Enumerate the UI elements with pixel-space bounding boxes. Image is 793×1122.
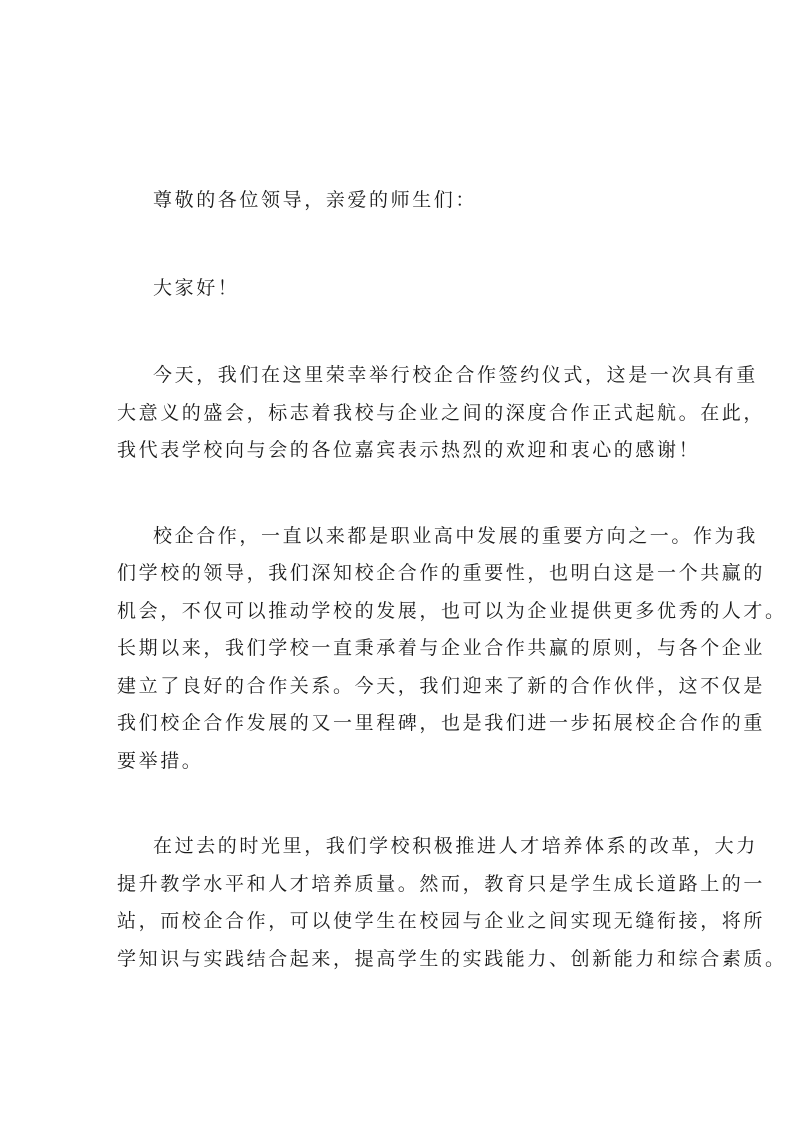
paragraph-line: 机会，不仅可以推动学校的发展，也可以为企业提供更多优秀的人才。 xyxy=(117,593,681,631)
spacer xyxy=(117,780,681,828)
spacer xyxy=(117,220,681,270)
paragraph-1: 今天，我们在这里荣幸举行校企合作签约仪式，这是一次具有重 大意义的盛会，标志着我… xyxy=(117,357,681,470)
paragraph-2: 校企合作，一直以来都是职业高中发展的重要方向之一。作为我 们学校的领导，我们深知… xyxy=(117,518,681,781)
spacer xyxy=(117,470,681,518)
paragraph-3: 在过去的时光里，我们学校积极推进人才培养体系的改革，大力 提升教学水平和人才培养… xyxy=(117,828,681,978)
paragraph-line: 我代表学校向与会的各位嘉宾表示热烈的欢迎和衷心的感谢！ xyxy=(117,432,681,470)
paragraph-line: 在过去的时光里，我们学校积极推进人才培养体系的改革，大力 xyxy=(117,828,681,866)
paragraph-line: 们学校的领导，我们深知校企合作的重要性，也明白这是一个共赢的 xyxy=(117,555,681,593)
paragraph-line: 长期以来，我们学校一直秉承着与企业合作共赢的原则，与各个企业 xyxy=(117,630,681,668)
paragraph-line: 要举措。 xyxy=(117,743,681,781)
paragraph-line: 站，而校企合作，可以使学生在校园与企业之间实现无缝衔接，将所 xyxy=(117,903,681,941)
salutation: 尊敬的各位领导，亲爱的师生们： xyxy=(117,182,681,220)
document-page: 尊敬的各位领导，亲爱的师生们： 大家好！ 今天，我们在这里荣幸举行校企合作签约仪… xyxy=(117,182,681,978)
paragraph-line: 我们校企合作发展的又一里程碑，也是我们进一步拓展校企合作的重 xyxy=(117,705,681,743)
greeting: 大家好！ xyxy=(117,270,681,308)
paragraph-line: 大意义的盛会，标志着我校与企业之间的深度合作正式起航。在此， xyxy=(117,395,681,433)
spacer xyxy=(117,307,681,357)
paragraph-line: 学知识与实践结合起来，提高学生的实践能力、创新能力和综合素质。 xyxy=(117,941,681,979)
paragraph-line: 建立了良好的合作关系。今天，我们迎来了新的合作伙伴，这不仅是 xyxy=(117,668,681,706)
paragraph-line: 今天，我们在这里荣幸举行校企合作签约仪式，这是一次具有重 xyxy=(117,357,681,395)
paragraph-line: 校企合作，一直以来都是职业高中发展的重要方向之一。作为我 xyxy=(117,518,681,556)
paragraph-line: 提升教学水平和人才培养质量。然而，教育只是学生成长道路上的一 xyxy=(117,866,681,904)
